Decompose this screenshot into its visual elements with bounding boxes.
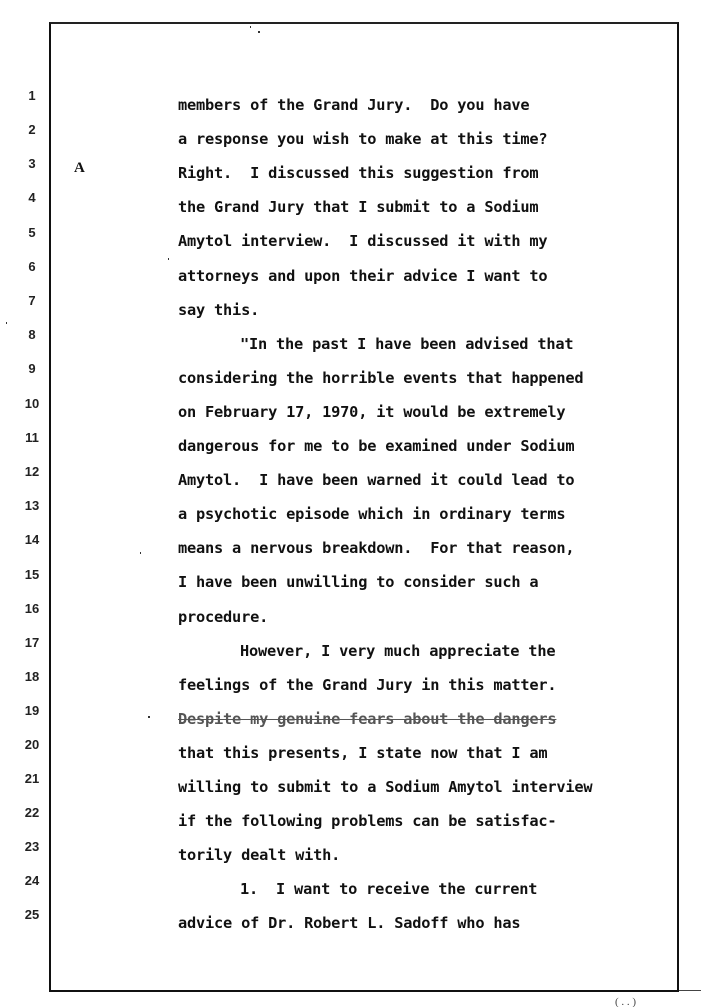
line-number: 9 bbox=[20, 361, 44, 376]
transcript-line: Amytol interview. I discussed it with my bbox=[178, 231, 547, 251]
line-number: 25 bbox=[20, 907, 44, 922]
transcript-line: advice of Dr. Robert L. Sadoff who has bbox=[178, 913, 520, 933]
scan-speck bbox=[6, 322, 7, 324]
line-number: 23 bbox=[20, 839, 44, 854]
transcript-line: say this. bbox=[178, 300, 259, 320]
transcript-line: if the following problems can be satisfa… bbox=[178, 811, 556, 831]
line-number: 22 bbox=[20, 805, 44, 820]
line-number: 21 bbox=[20, 771, 44, 786]
line-number: 19 bbox=[20, 703, 44, 718]
line-number: 5 bbox=[20, 225, 44, 240]
transcript-line: feelings of the Grand Jury in this matte… bbox=[178, 675, 556, 695]
line-number: 6 bbox=[20, 259, 44, 274]
line-number: 1 bbox=[20, 88, 44, 103]
transcript-line: members of the Grand Jury. Do you have bbox=[178, 95, 529, 115]
line-number: 16 bbox=[20, 601, 44, 616]
speaker-label: A bbox=[74, 160, 85, 177]
transcript-line: dangerous for me to be examined under So… bbox=[178, 436, 574, 456]
transcript-line: the Grand Jury that I submit to a Sodium bbox=[178, 197, 538, 217]
line-number: 13 bbox=[20, 498, 44, 513]
struck-transcript-line: Despite my genuine fears about the dange… bbox=[178, 709, 556, 729]
line-number: 15 bbox=[20, 567, 44, 582]
transcript-line: a psychotic episode which in ordinary te… bbox=[178, 504, 565, 524]
line-number: 20 bbox=[20, 737, 44, 752]
line-number: 18 bbox=[20, 669, 44, 684]
line-number: 12 bbox=[20, 464, 44, 479]
transcript-line: torily dealt with. bbox=[178, 845, 340, 865]
line-number: 2 bbox=[20, 122, 44, 137]
transcript-line: that this presents, I state now that I a… bbox=[178, 743, 547, 763]
transcript-line: considering the horrible events that hap… bbox=[178, 368, 583, 388]
transcript-line: Right. I discussed this suggestion from bbox=[178, 163, 538, 183]
line-number: 14 bbox=[20, 532, 44, 547]
transcript-line: means a nervous breakdown. For that reas… bbox=[178, 538, 574, 558]
scan-speck bbox=[140, 552, 141, 554]
transcript-line: on February 17, 1970, it would be extrem… bbox=[178, 402, 565, 422]
transcript-line: Amytol. I have been warned it could lead… bbox=[178, 470, 574, 490]
transcript-line: attorneys and upon their advice I want t… bbox=[178, 266, 547, 286]
transcript-line: However, I very much appreciate the bbox=[240, 641, 555, 661]
transcript-line: willing to submit to a Sodium Amytol int… bbox=[178, 777, 592, 797]
line-number: 17 bbox=[20, 635, 44, 650]
scan-speck bbox=[250, 26, 251, 28]
line-number: 10 bbox=[20, 396, 44, 411]
scan-speck bbox=[148, 716, 150, 718]
line-number: 7 bbox=[20, 293, 44, 308]
transcript-line: "In the past I have been advised that bbox=[240, 334, 573, 354]
scan-speck bbox=[258, 31, 260, 33]
transcript-line: 1. I want to receive the current bbox=[240, 879, 537, 899]
transcript-line: I have been unwilling to consider such a bbox=[178, 572, 538, 592]
transcript-line: procedure. bbox=[178, 607, 268, 627]
line-number: 11 bbox=[20, 430, 44, 445]
corner-mark: ( . . ) bbox=[615, 996, 636, 1007]
border-extension bbox=[679, 990, 701, 991]
line-number: 4 bbox=[20, 190, 44, 205]
line-number: 3 bbox=[20, 156, 44, 171]
scan-speck bbox=[168, 258, 169, 260]
transcript-line: a response you wish to make at this time… bbox=[178, 129, 547, 149]
line-number: 8 bbox=[20, 327, 44, 342]
line-number: 24 bbox=[20, 873, 44, 888]
